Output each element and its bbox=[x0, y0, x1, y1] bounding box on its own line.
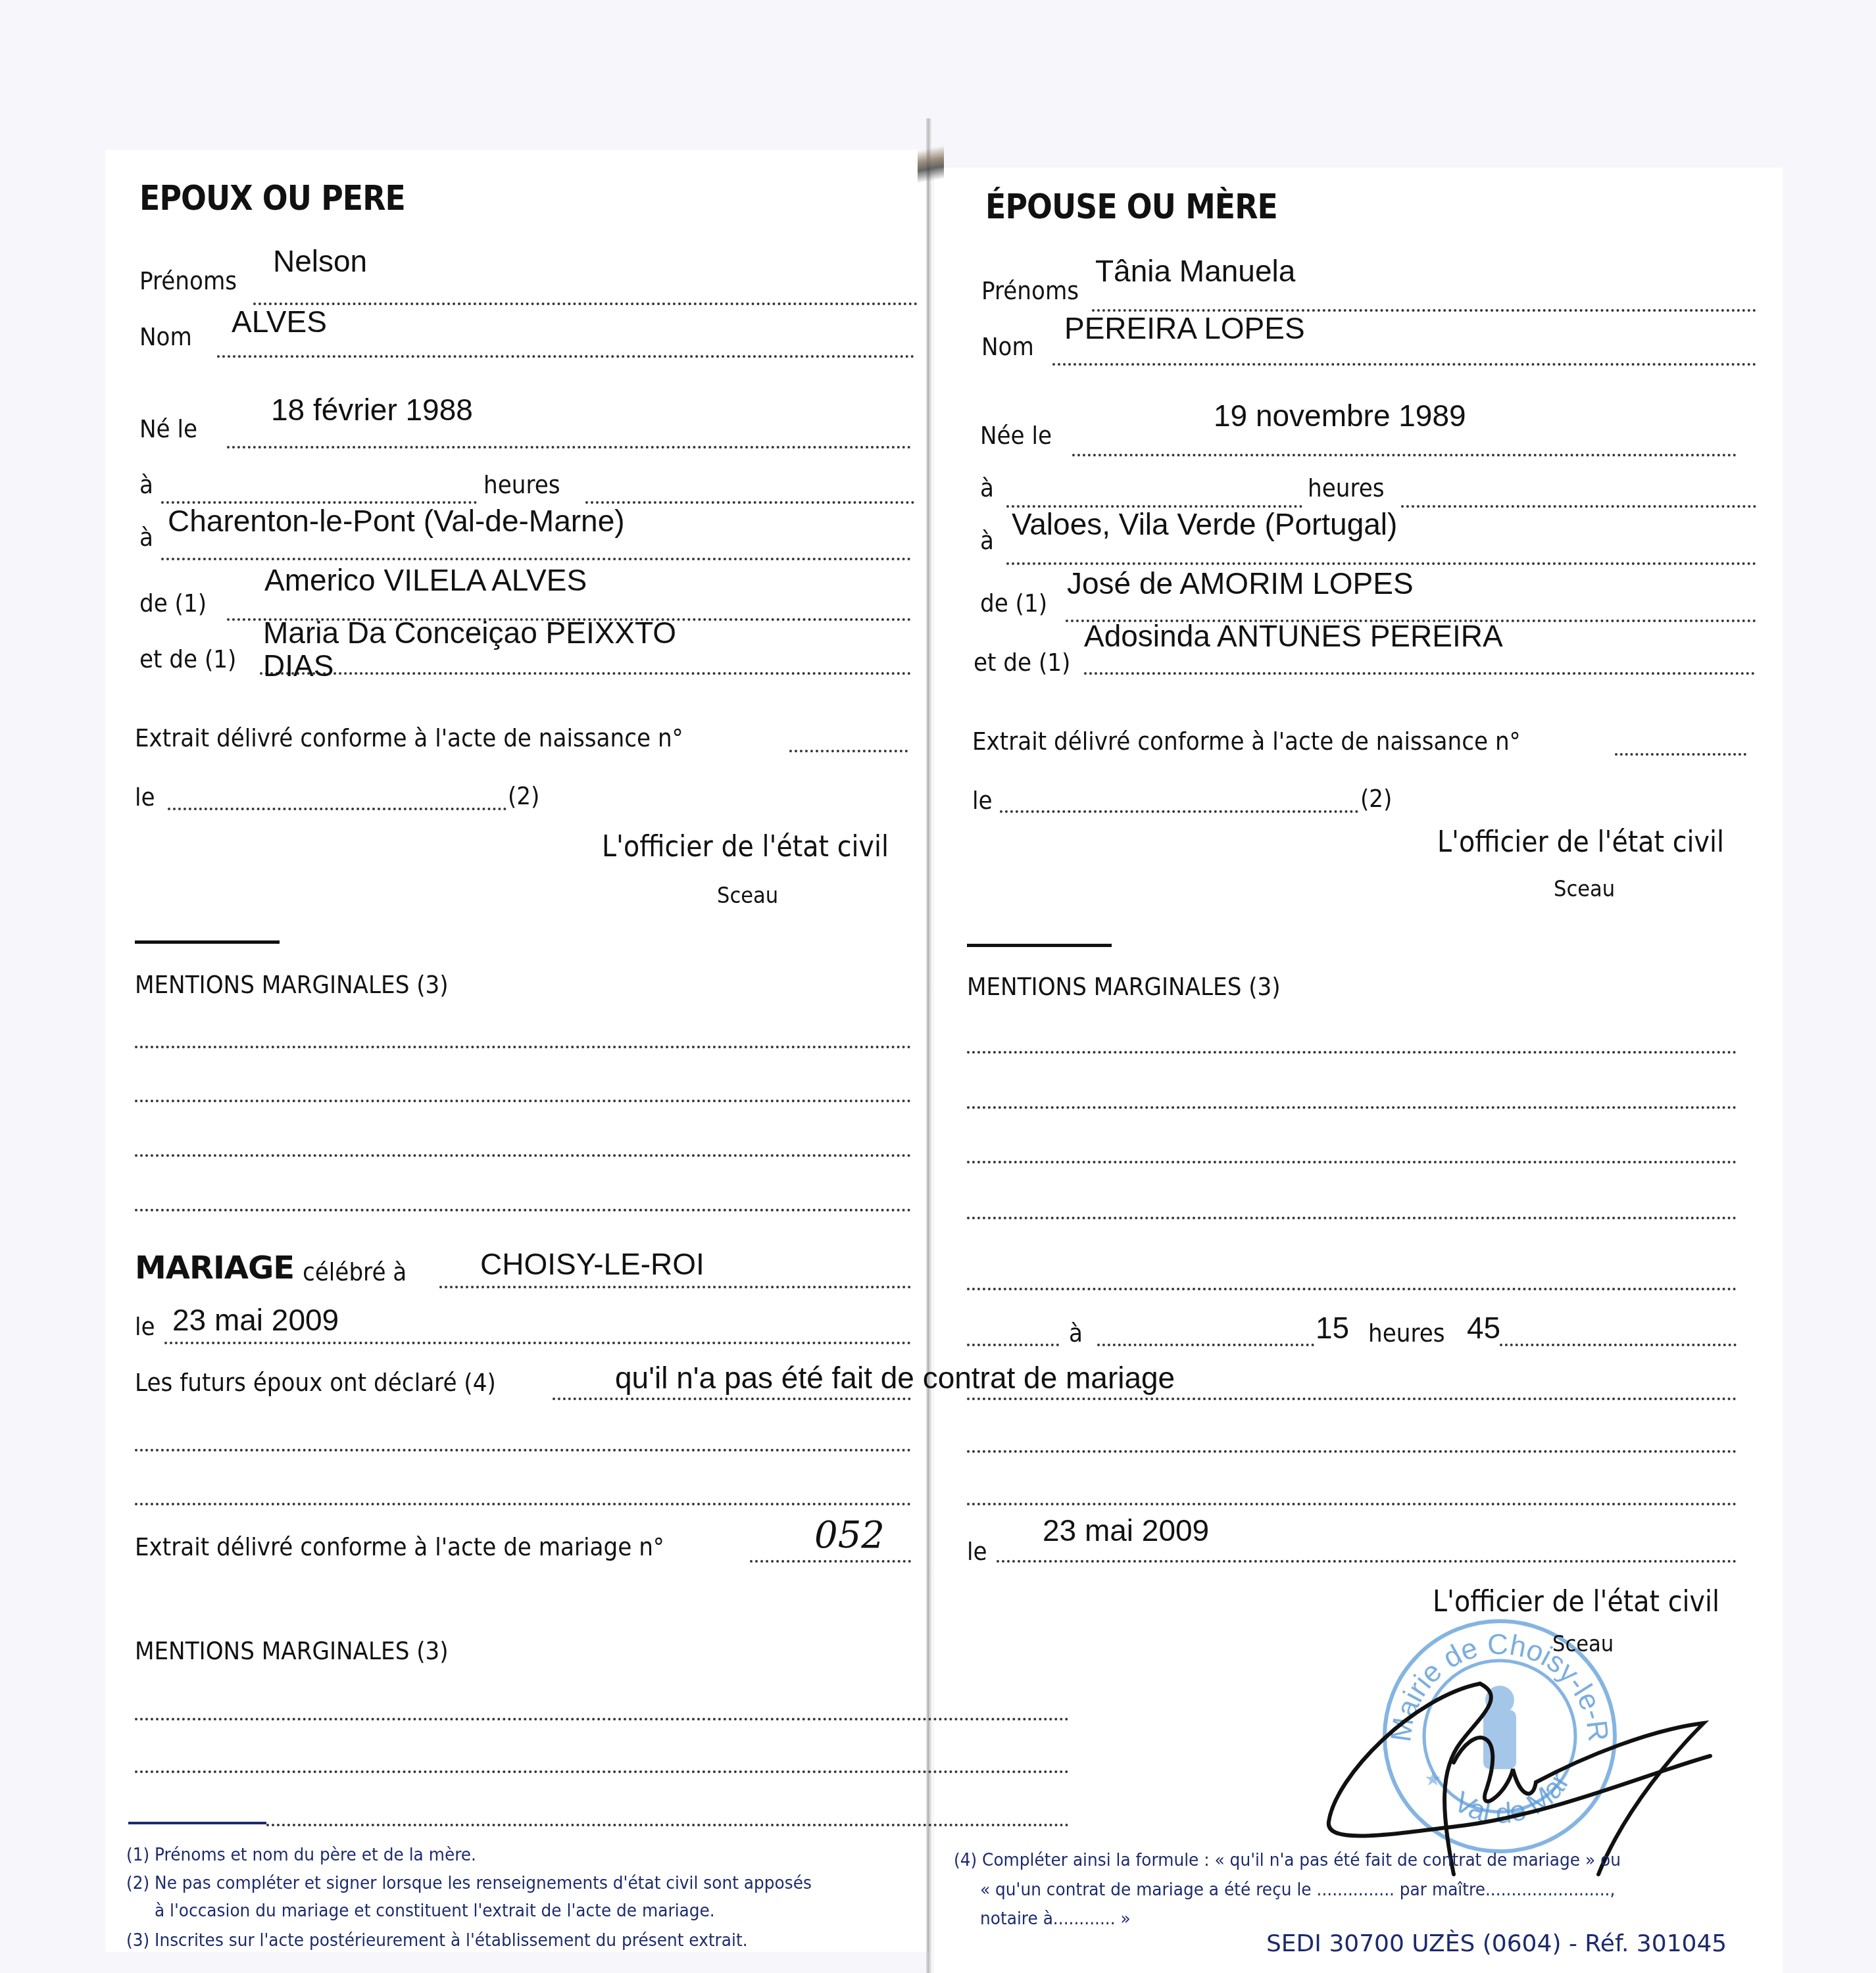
left-page bbox=[105, 150, 927, 1952]
wife-extrait-naissance-label: Extrait délivré conforme à l'acte de nai… bbox=[972, 727, 1521, 756]
husband-note2-ref: (2) bbox=[508, 781, 539, 810]
husband-nom-line bbox=[217, 355, 914, 358]
husband-a-label: à bbox=[139, 470, 153, 499]
mariage-time-prefix-line bbox=[967, 1344, 1059, 1346]
wife-nom-line bbox=[1052, 363, 1756, 366]
footnote-2-line1: (2) Ne pas compléter et signer lorsque l… bbox=[126, 1873, 812, 1893]
mariage-mentions-line-3 bbox=[266, 1824, 1069, 1826]
wife-heading: ÉPOUSE OU MÈRE bbox=[985, 187, 1277, 227]
mariage-mentions-line-1 bbox=[135, 1718, 1069, 1720]
wife-separator bbox=[967, 944, 1112, 947]
husband-mentions-line-4 bbox=[135, 1209, 911, 1211]
wife-heures-line bbox=[1401, 505, 1756, 508]
wife-sceau-label: Sceau bbox=[1554, 876, 1615, 902]
husband-heures-label: heures bbox=[483, 470, 560, 499]
mariage-mentions-line-2 bbox=[135, 1770, 1069, 1773]
mariage-declaration-line-2-right bbox=[967, 1450, 1737, 1453]
husband-de-label: de (1) bbox=[139, 589, 207, 618]
mariage-heading: MARIAGE bbox=[135, 1250, 294, 1286]
husband-mentions-line-3 bbox=[135, 1154, 911, 1157]
staple-tear bbox=[918, 125, 944, 204]
wife-nee-le-line bbox=[1072, 454, 1737, 456]
husband-officier-label: L'officier de l'état civil bbox=[602, 830, 889, 864]
husband-le-label: le bbox=[135, 783, 155, 812]
wife-prenoms-label: Prénoms bbox=[981, 276, 1079, 305]
footnote-4-line1: (4) Compléter ainsi la formule : « qu'il… bbox=[954, 1850, 1621, 1870]
mariage-hour-value: 15 bbox=[1316, 1310, 1349, 1346]
wife-mentions-line-5 bbox=[967, 1288, 1737, 1290]
husband-et-de-value-2: DIAS bbox=[263, 648, 333, 683]
mariage-minutes-value: 45 bbox=[1467, 1310, 1500, 1346]
husband-mentions-label: MENTIONS MARGINALES (3) bbox=[135, 970, 449, 999]
mariage-declaration-line-3-right bbox=[967, 1503, 1737, 1505]
husband-heading: EPOUX OU PERE bbox=[139, 179, 405, 218]
wife-le-label: le bbox=[972, 786, 993, 815]
wife-de-label: de (1) bbox=[980, 589, 1047, 618]
husband-ne-le-value: 18 février 1988 bbox=[271, 392, 473, 427]
husband-ne-le-line bbox=[227, 446, 911, 449]
mariage-extrait-line bbox=[750, 1560, 911, 1563]
mariage-extrait-le-label: le bbox=[967, 1537, 987, 1566]
husband-heures-line bbox=[585, 501, 914, 504]
husband-lieu-label: à bbox=[139, 523, 153, 552]
wife-lieu-value: Valoes, Vila Verde (Portugal) bbox=[1012, 506, 1397, 542]
husband-nom-label: Nom bbox=[139, 322, 192, 351]
wife-nee-le-value: 19 novembre 1989 bbox=[1214, 398, 1466, 433]
footnote-separator bbox=[128, 1822, 266, 1824]
wife-note2-ref: (2) bbox=[1360, 784, 1392, 813]
footnote-2-line2: à l'occasion du mariage et constituent l… bbox=[155, 1901, 715, 1921]
husband-ne-le-label: Né le bbox=[139, 414, 197, 443]
wife-extrait-naissance-line bbox=[1615, 753, 1746, 756]
mariage-extrait-label: Extrait délivré conforme à l'acte de mar… bbox=[135, 1532, 664, 1561]
mariage-lieu-value: CHOISY-LE-ROI bbox=[480, 1246, 704, 1282]
mariage-lieu-line bbox=[439, 1286, 911, 1288]
husband-mentions-line-1 bbox=[135, 1046, 911, 1048]
wife-mentions-line-2 bbox=[967, 1106, 1737, 1109]
mariage-declaration-line-left bbox=[553, 1398, 911, 1400]
mariage-a-label: à bbox=[1069, 1319, 1083, 1348]
mariage-minutes-line bbox=[1500, 1344, 1737, 1346]
mariage-hour-line bbox=[1097, 1344, 1314, 1346]
husband-et-de-value-1: Maria Da Conceiçao PEIXXTO bbox=[263, 615, 676, 650]
wife-nom-label: Nom bbox=[981, 332, 1034, 361]
wife-lieu-label: à bbox=[980, 526, 994, 555]
husband-prenoms-label: Prénoms bbox=[139, 266, 237, 295]
husband-sceau-label: Sceau bbox=[717, 883, 778, 909]
wife-a-label: à bbox=[980, 474, 994, 502]
footnote-3: (3) Inscrites sur l'acte postérieurement… bbox=[126, 1930, 748, 1951]
mariage-extrait-date-line bbox=[997, 1560, 1737, 1563]
mariage-declaration-line-2 bbox=[135, 1449, 911, 1451]
wife-mentions-line-4 bbox=[967, 1217, 1737, 1219]
footnote-4-line2: « qu'un contrat de mariage a été reçu le… bbox=[980, 1880, 1615, 1900]
husband-de-value: Americo VILELA ALVES bbox=[264, 562, 587, 598]
husband-prenoms-line bbox=[253, 303, 918, 305]
wife-prenoms-value: Tânia Manuela bbox=[1095, 253, 1295, 289]
wife-et-de-line bbox=[1084, 672, 1755, 675]
wife-mentions-line-1 bbox=[967, 1051, 1737, 1054]
mariage-extrait-date: 23 mai 2009 bbox=[1043, 1513, 1209, 1548]
wife-mentions-line-3 bbox=[967, 1161, 1737, 1163]
mariage-sceau-label: Sceau bbox=[1552, 1631, 1614, 1657]
mariage-mentions-label: MENTIONS MARGINALES (3) bbox=[135, 1636, 449, 1665]
wife-officier-label: L'officier de l'état civil bbox=[1437, 825, 1724, 859]
page-fold bbox=[926, 118, 931, 1973]
printer-reference: SEDI 30700 UZÈS (0604) - Réf. 301045 bbox=[1266, 1930, 1727, 1957]
wife-lieu-line bbox=[1006, 562, 1756, 565]
mariage-heures-label: heures bbox=[1368, 1319, 1445, 1348]
officer-signature bbox=[1309, 1657, 1730, 1881]
mariage-declaration-value: qu'il n'a pas été fait de contrat de mar… bbox=[615, 1360, 1175, 1396]
husband-mentions-line-2 bbox=[135, 1100, 911, 1102]
mariage-declaration-line-3 bbox=[135, 1503, 911, 1505]
husband-et-de-label: et de (1) bbox=[139, 645, 236, 673]
mariage-date-value: 23 mai 2009 bbox=[172, 1302, 339, 1338]
mariage-celebre-label: célébré à bbox=[303, 1257, 407, 1286]
wife-et-de-label: et de (1) bbox=[974, 648, 1070, 677]
husband-separator bbox=[135, 940, 280, 944]
wife-et-de-value: Adosinda ANTUNES PEREIRA bbox=[1084, 618, 1503, 654]
husband-le-line bbox=[168, 808, 506, 810]
mariage-acte-numero: 052 bbox=[814, 1514, 885, 1557]
husband-extrait-naissance-label: Extrait délivré conforme à l'acte de nai… bbox=[135, 723, 683, 752]
wife-nee-le-label: Née le bbox=[980, 421, 1052, 450]
husband-lieu-line bbox=[161, 558, 911, 560]
wife-nom-value: PEREIRA LOPES bbox=[1064, 310, 1305, 346]
mariage-date-line bbox=[164, 1342, 911, 1344]
husband-et-de-line bbox=[260, 672, 911, 675]
mariage-declaration-line-right bbox=[967, 1398, 1737, 1400]
wife-heures-label: heures bbox=[1308, 474, 1385, 502]
wife-de-value: José de AMORIM LOPES bbox=[1067, 566, 1414, 601]
mariage-declaration-label: Les futurs époux ont déclaré (4) bbox=[135, 1368, 496, 1397]
husband-lieu-value: Charenton-le-Pont (Val-de-Marne) bbox=[168, 503, 625, 539]
mariage-le-label: le bbox=[135, 1312, 155, 1341]
footnote-4-line3: notaire à............ » bbox=[980, 1909, 1131, 1929]
wife-le-line bbox=[1000, 810, 1358, 813]
footnote-1: (1) Prénoms et nom du père et de la mère… bbox=[126, 1845, 476, 1865]
husband-prenoms-value: Nelson bbox=[273, 243, 367, 279]
wife-mentions-label: MENTIONS MARGINALES (3) bbox=[967, 972, 1281, 1001]
husband-nom-value: ALVES bbox=[232, 304, 327, 339]
husband-extrait-naissance-line bbox=[789, 750, 908, 752]
